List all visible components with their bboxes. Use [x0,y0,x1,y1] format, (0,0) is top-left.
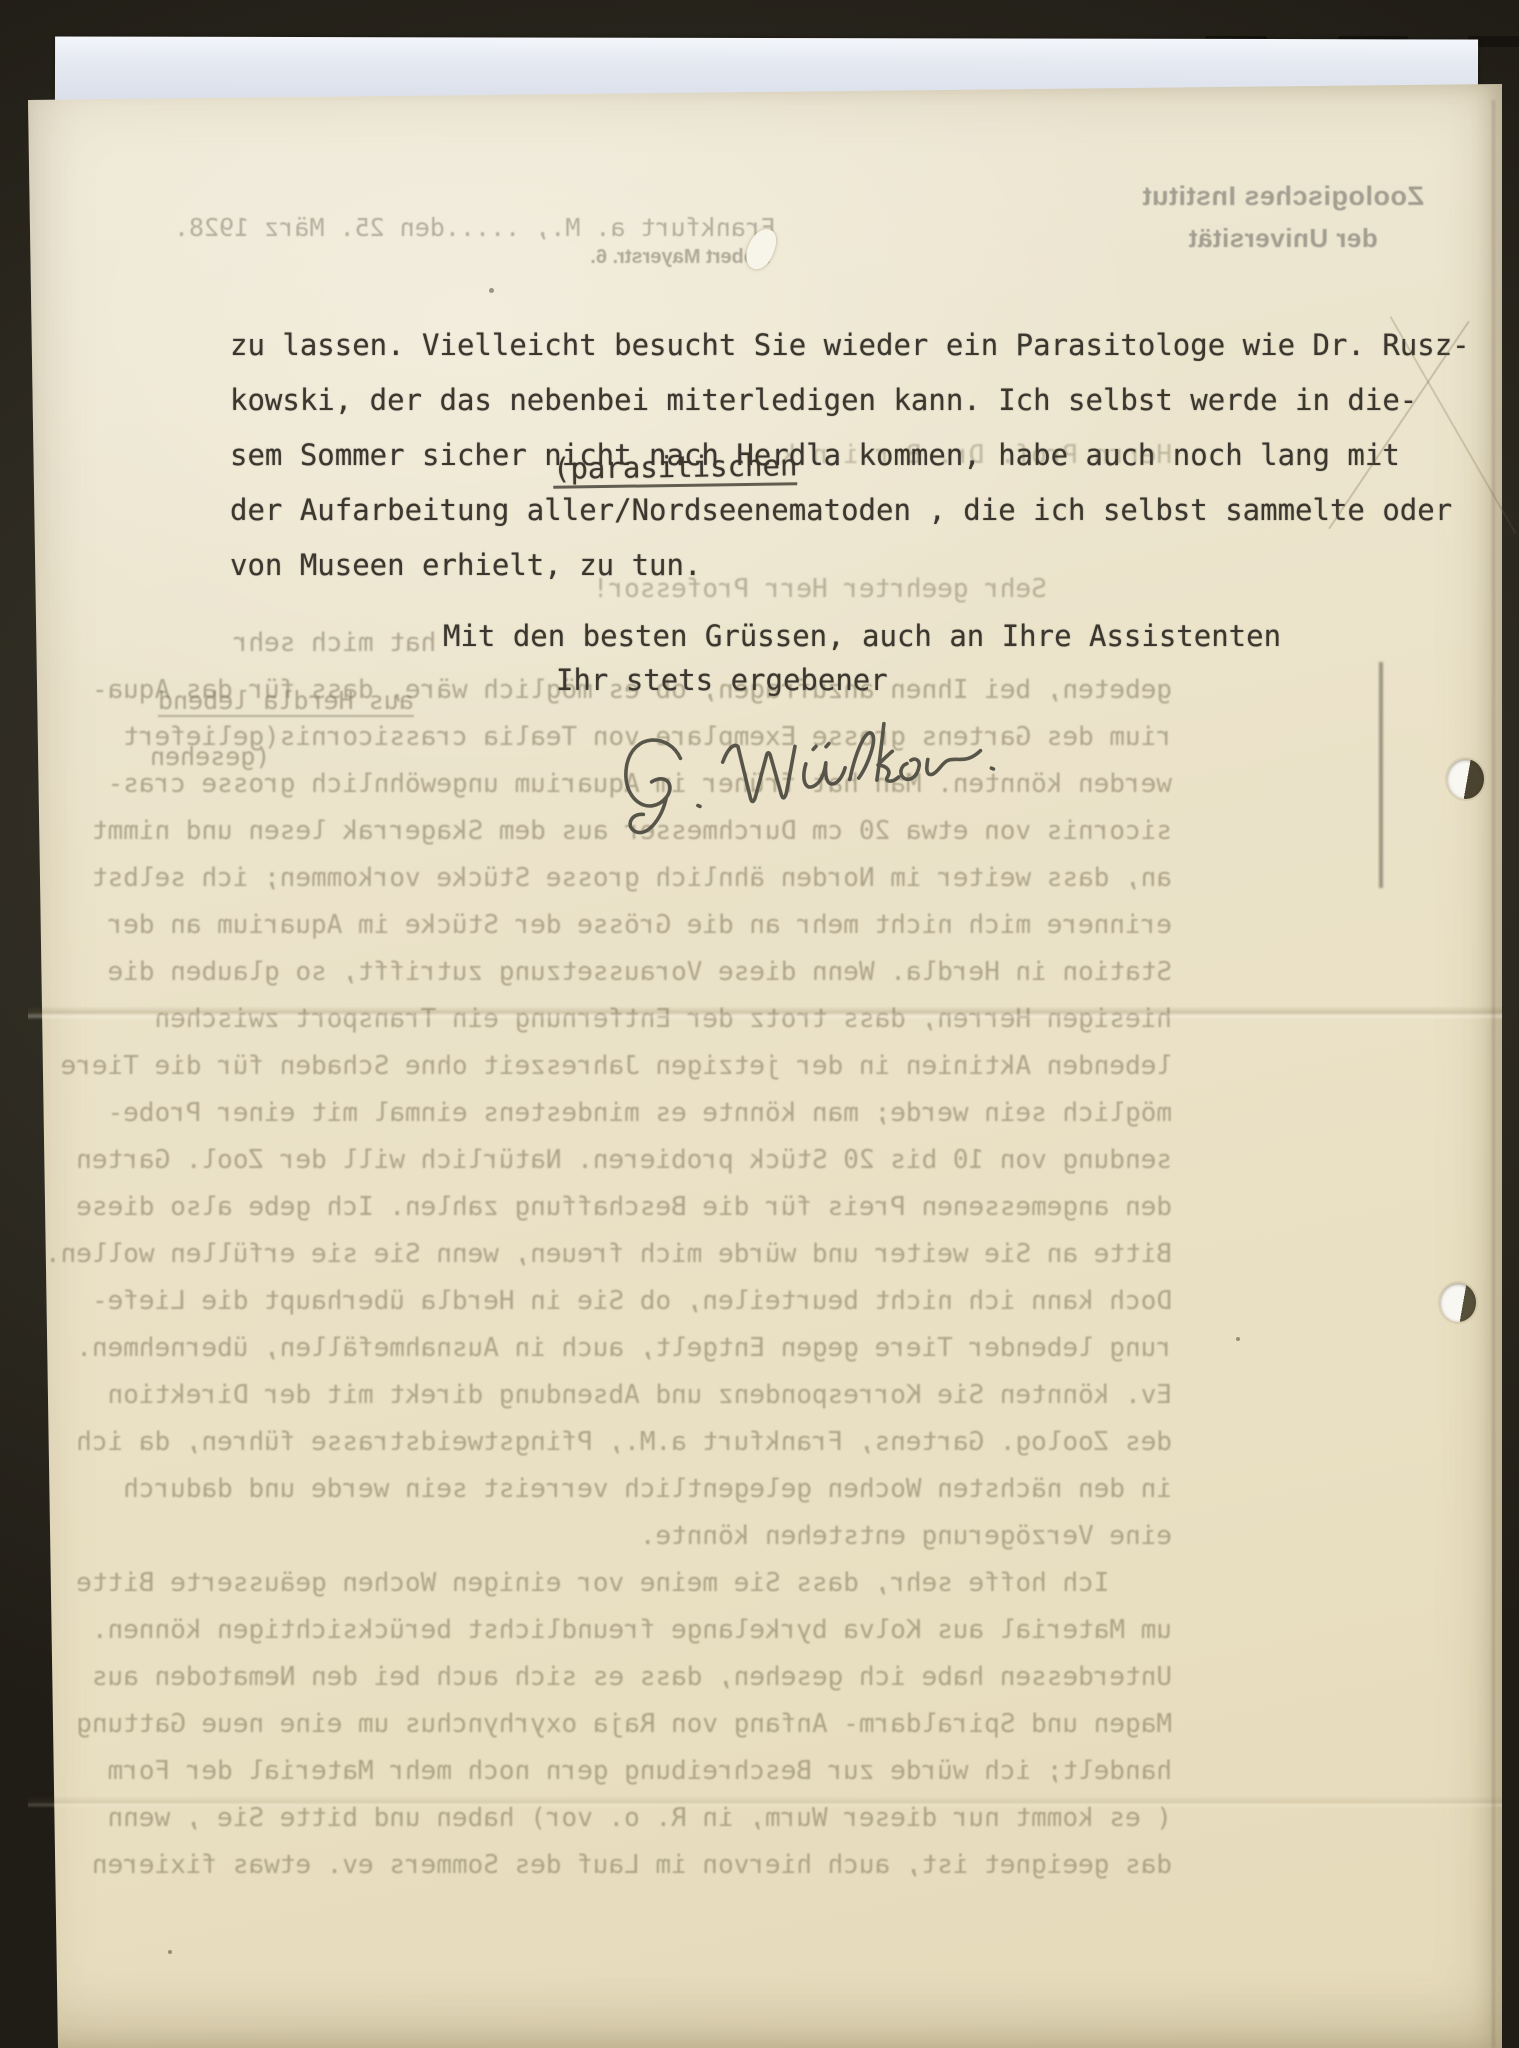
text-line: das geeignet ist, auch hiervon im Lauf d… [92,1842,1172,1889]
text-line: Doch kann ich nicht beurteilen, ob Sie i… [92,1278,1172,1325]
scanned-letter-page: { "letterhead_bleed": { "line1": "Zoolog… [0,0,1519,2048]
text-line: erinnere mich nicht mehr an die Grösse d… [92,902,1172,949]
typed-insertion-parasitischen: (parasitischen [553,448,798,488]
crease-horizontal-middle [28,1006,1502,1020]
text-line: handelt; ich würde zur Beschreibung gern… [92,1748,1172,1795]
letterhead-line-2: der Universität [1128,218,1438,258]
text-line: des Zoolog. Gartens, Frankfurt a.M., Pfi… [92,1419,1172,1466]
text-line: kowski, der das nebenbei miterledigen ka… [230,373,1470,428]
text-line: von Museen erhielt, zu tun. [230,538,1470,593]
text-line: Magen und Spiraldarm- Anfang von Raja ox… [92,1701,1172,1748]
text-line: in den nächsten Wochen gelegentlich verr… [92,1466,1172,1513]
text-line: Station in Herdla. Wenn diese Voraussetz… [92,949,1172,996]
paper-speck-2 [1236,1337,1240,1341]
closing-line-1: Mit den besten Grüssen, auch an Ihre Ass… [443,618,1281,654]
punch-hole-top [1447,759,1484,799]
text-line: der Aufarbeitung aller/Nordseenematoden … [230,483,1470,538]
text-line: sem Sommer sicher nicht nach Herdla komm… [230,428,1470,483]
text-line: Ev. könnten Sie Korrespondenz und Absend… [92,1372,1172,1419]
paper-speck-1 [489,288,494,293]
bleed-insert-gesehen: (gesehen [150,742,270,771]
text-line: möglich sein werde; man könnte es mindes… [92,1090,1172,1137]
dateline-bleedthrough: Frankfurt a. M., .....den 25. März 1928.… [170,212,776,270]
text-line: Ich hoffe sehr, dass Sie meine vor einig… [92,1560,1172,1607]
dateline-address: Robert Mayerstr. 6. [170,244,776,270]
text-line: Unterdessen habe ich gesehen, dass es si… [92,1654,1172,1701]
text-line: eine Verzögerung entstehen könnte. [92,1513,1172,1560]
text-line: Bitte an Sie weiter und würde mich freue… [92,1231,1172,1278]
text-line: sendung von 10 bis 20 Stück probieren. N… [92,1137,1172,1184]
closing-line-2: Ihr stets ergebener [556,662,888,698]
text-line: rung lebender Tiere gegen Entgelt, auch … [92,1325,1172,1372]
letterhead-bleedthrough: Zoologisches Institut der Universität [1128,174,1438,258]
text-line: den angemessenen Preis für die Beschaffu… [92,1184,1172,1231]
paper-speck-3 [168,1950,172,1954]
crease-vertical-right [1379,662,1383,888]
typed-paragraph: zu lassen. Vielleicht besucht Sie wieder… [230,318,1470,593]
text-line: um Material aus Kolva byrkelange freundl… [92,1607,1172,1654]
text-line: zu lassen. Vielleicht besucht Sie wieder… [230,318,1470,373]
bleed-insert-herdla: aus Herdla lebend [158,686,414,717]
dateline-text: Frankfurt a. M., .....den 25. März 1928. [170,212,776,244]
punch-hole-bottom [1440,1283,1476,1322]
text-line: lebenden Aktinien in der jetzigen Jahres… [92,1043,1172,1090]
signature-handwritten [582,701,1023,870]
paper-right-edge-shadow [1492,100,1495,2048]
crease-horizontal-lower [28,1796,1502,1808]
letterhead-line-1: Zoologisches Institut [1128,174,1438,218]
signature-svg [582,701,1023,870]
